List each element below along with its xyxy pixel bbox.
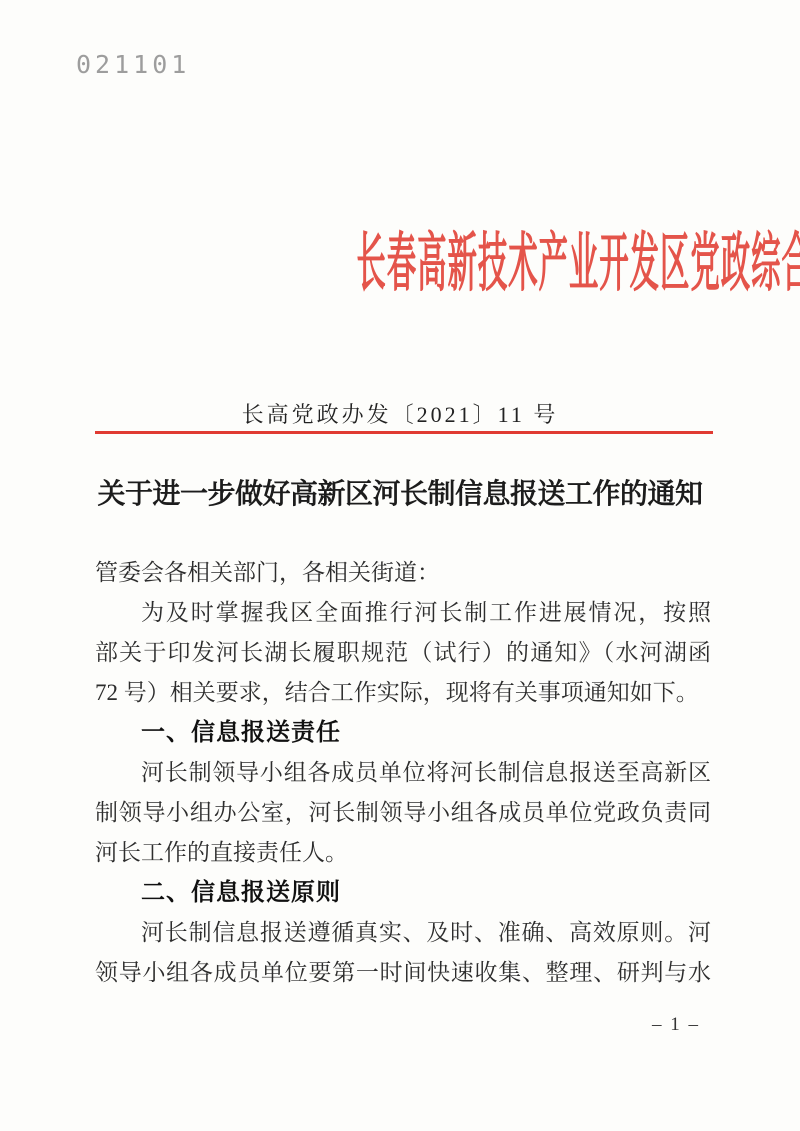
page-number: – 1 – — [652, 1014, 700, 1036]
section-heading-1: 一、信息报送责任 — [95, 713, 711, 753]
org-header-title: 长春高新技术产业开发区党政综合办公室文件 — [356, 212, 800, 304]
body-line: 河长制领导小组各成员单位将河长制信息报送至高新区河长 — [95, 753, 711, 793]
document-page: 021101 长春高新技术产业开发区党政综合办公室文件 长高党政办发〔2021〕… — [0, 0, 800, 1131]
salutation-line: 管委会各相关部门，各相关街道： — [95, 553, 711, 593]
body-line: 部关于印发河长湖长履职规范（试行）的通知》（水河湖函〔2021〕 — [95, 633, 711, 673]
red-header: 长春高新技术产业开发区党政综合办公室文件 — [0, 212, 800, 304]
stamp-number: 021101 — [76, 50, 190, 79]
doc-number: 长高党政办发〔2021〕11 号 — [0, 398, 800, 429]
body-line: 领导小组各成员单位要第一时间快速收集、整理、研判与水资源 — [95, 953, 711, 993]
red-separator-line — [95, 431, 713, 434]
body-line: 为及时掌握我区全面推行河长制工作进展情况，按照《水利 — [95, 593, 711, 633]
body-line: 河长工作的直接责任人。 — [95, 833, 711, 873]
body-line: 河长制信息报送遵循真实、及时、准确、高效原则。河长制 — [95, 913, 711, 953]
document-title: 关于进一步做好高新区河长制信息报送工作的通知 — [0, 472, 800, 512]
body-line: 制领导小组办公室，河长制领导小组各成员单位党政负责同志是 — [95, 793, 711, 833]
body-line: 72 号）相关要求，结合工作实际，现将有关事项通知如下。 — [95, 673, 711, 713]
section-heading-2: 二、信息报送原则 — [95, 873, 711, 913]
document-body: 管委会各相关部门，各相关街道： 为及时掌握我区全面推行河长制工作进展情况，按照《… — [95, 553, 711, 993]
